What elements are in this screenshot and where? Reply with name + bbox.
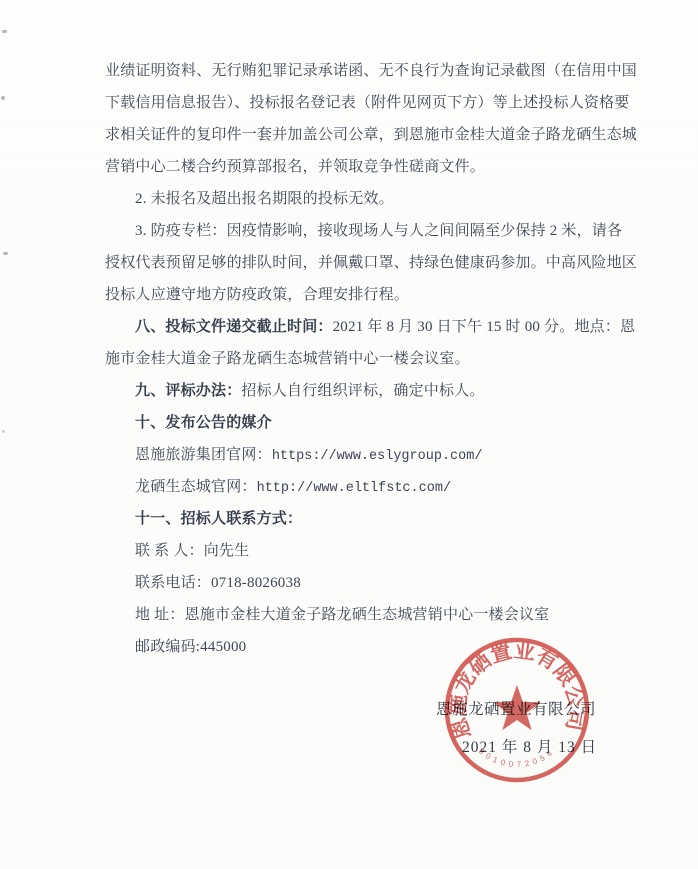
scan-artifact-speck: [3, 252, 8, 255]
section-heading-label: 十、发布公告的媒介: [135, 415, 272, 431]
text-line: 九、评标办法：招标人自行组织评标，确定中标人。: [105, 375, 612, 407]
seal-star-icon: [493, 685, 541, 730]
line-text: 求相关证件的复印件一套并加盖公司公章，到恩施市金桂大道金子路龙硒生态城: [105, 127, 637, 143]
company-seal-stamp: 恩施龙硒置业有限公司 8010072054: [431, 624, 603, 796]
section-heading-label: 九、评标办法：: [135, 383, 241, 399]
text-line: 下载信用信息报告）、投标报名登记表（附件见网页下方）等上述投标人资格要: [105, 87, 612, 119]
text-line: 业绩证明资料、无行贿犯罪记录承诺函、无不良行为查询记录截图（在信用中国: [105, 55, 612, 87]
seal-serial-number: 8010072054: [477, 746, 557, 769]
line-text: 营销中心二楼合约预算部报名，并领取竞争性磋商文件。: [105, 159, 485, 175]
text-line: 授权代表预留足够的排队时间，并佩戴口罩、持绿色健康码参加。中高风险地区: [105, 247, 612, 279]
line-text: 下载信用信息报告）、投标报名登记表（附件见网页下方）等上述投标人资格要: [105, 95, 630, 111]
line-text: 恩施旅游集团官网：: [135, 447, 272, 463]
text-line: 求相关证件的复印件一套并加盖公司公章，到恩施市金桂大道金子路龙硒生态城: [105, 119, 612, 151]
text-line: 施市金桂大道金子路龙硒生态城营销中心一楼会议室。: [105, 343, 612, 375]
line-text: 2021 年 8 月 30 日下午 15 时 00 分。地点：恩: [333, 319, 636, 335]
line-text: 招标人自行组织评标，确定中标人。: [241, 383, 484, 399]
line-text: 联 系 人：向先生: [135, 543, 249, 559]
line-text: 龙硒生态城官网：: [135, 479, 257, 495]
section-heading-label: 八、投标文件递交截止时间：: [135, 319, 333, 335]
line-text: 授权代表预留足够的排队时间，并佩戴口罩、持绿色健康码参加。中高风险地区: [105, 255, 637, 271]
text-line: 十一、招标人联系方式：: [105, 503, 612, 535]
text-line: 3. 防疫专栏：因疫情影响，接收现场人与人之间间隔至少保持 2 米，请各: [105, 215, 612, 247]
line-text: 业绩证明资料、无行贿犯罪记录承诺函、无不良行为查询记录截图（在信用中国: [105, 63, 637, 79]
line-text: 投标人应遵守地方防疫政策，合理安排行程。: [105, 287, 409, 303]
url-text: http://www.eltlfstc.com/: [257, 481, 451, 496]
url-text: https://www.eslygroup.com/: [272, 449, 483, 464]
text-line: 2. 未报名及超出报名期限的投标无效。: [105, 183, 612, 215]
text-line: 恩施旅游集团官网：https://www.eslygroup.com/: [105, 439, 612, 471]
scan-artifact-speck: [2, 430, 5, 433]
text-line: 十、发布公告的媒介: [105, 407, 612, 439]
text-line: 联系电话：0718-8026038: [105, 567, 612, 599]
line-text: 3. 防疫专栏：因疫情影响，接收现场人与人之间间隔至少保持 2 米，请各: [135, 223, 622, 239]
text-line: 营销中心二楼合约预算部报名，并领取竞争性磋商文件。: [105, 151, 612, 183]
scan-artifact-speck: [1, 96, 5, 100]
text-line: 龙硒生态城官网：http://www.eltlfstc.com/: [105, 471, 612, 503]
line-text: 邮政编码:445000: [135, 639, 246, 655]
text-line: 联 系 人：向先生: [105, 535, 612, 567]
scanned-tender-document-page: { "page": { "lines": [ {"text": "业绩证明资料、…: [0, 0, 698, 869]
document-lines: 业绩证明资料、无行贿犯罪记录承诺函、无不良行为查询记录截图（在信用中国下载信用信…: [105, 55, 612, 663]
line-text: 联系电话：0718-8026038: [135, 575, 301, 591]
section-heading-label: 十一、招标人联系方式：: [135, 511, 302, 527]
text-line: 八、投标文件递交截止时间：2021 年 8 月 30 日下午 15 时 00 分…: [105, 311, 612, 343]
scan-artifact-speck: [2, 30, 7, 33]
line-text: 施市金桂大道金子路龙硒生态城营销中心一楼会议室。: [105, 351, 470, 367]
line-text: 2. 未报名及超出报名期限的投标无效。: [135, 191, 394, 207]
line-text: 地 址：恩施市金桂大道金子路龙硒生态城营销中心一楼会议室: [135, 607, 549, 623]
text-line: 投标人应遵守地方防疫政策，合理安排行程。: [105, 279, 612, 311]
